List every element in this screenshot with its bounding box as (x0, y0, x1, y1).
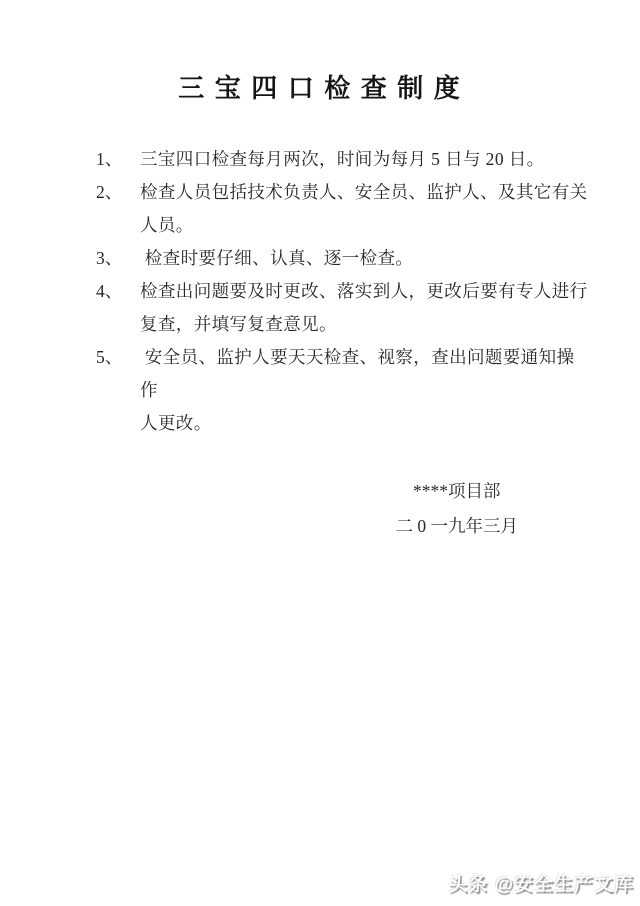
item-number: 4、 (96, 275, 140, 341)
signature-block: ****项目部 二 0 一九年三月 (396, 474, 519, 544)
item-line: 检查人员包括技术负责人、安全员、监护人、及其它有关 (140, 176, 590, 209)
item-number: 1、 (96, 143, 140, 176)
toutiao-watermark: 头条 @安全生产文库 (448, 869, 634, 896)
document-page: 三 宝 四 口 检 查 制 度 1、 三宝四口检查每月两次，时间为每月 5 日与… (0, 0, 640, 906)
list-item: 3、 检查时要仔细、认真、逐一检查。 (96, 242, 590, 275)
item-line: 人员。 (140, 209, 590, 242)
item-text: 检查人员包括技术负责人、安全员、监护人、及其它有关 人员。 (140, 176, 590, 242)
item-line: 三宝四口检查每月两次，时间为每月 5 日与 20 日。 (140, 143, 590, 176)
list-item: 5、 安全员、监护人要天天检查、视察，查出问题要通知操作 人更改。 (96, 341, 590, 440)
item-text: 检查时要仔细、认真、逐一检查。 (140, 242, 590, 275)
item-number: 3、 (96, 242, 140, 275)
list-item: 1、 三宝四口检查每月两次，时间为每月 5 日与 20 日。 (96, 143, 590, 176)
item-number: 5、 (96, 341, 140, 440)
signature-date: 二 0 一九年三月 (396, 509, 519, 544)
item-text: 安全员、监护人要天天检查、视察，查出问题要通知操作 人更改。 (140, 341, 590, 440)
item-line: 检查出问题要及时更改、落实到人，更改后要有专人进行 (140, 275, 590, 308)
item-line: 安全员、监护人要天天检查、视察，查出问题要通知操作 (140, 341, 590, 407)
list-item: 4、 检查出问题要及时更改、落实到人，更改后要有专人进行 复查，并填写复查意见。 (96, 275, 590, 341)
item-number: 2、 (96, 176, 140, 242)
item-text: 检查出问题要及时更改、落实到人，更改后要有专人进行 复查，并填写复查意见。 (140, 275, 590, 341)
item-text: 三宝四口检查每月两次，时间为每月 5 日与 20 日。 (140, 143, 590, 176)
item-line: 人更改。 (140, 407, 590, 440)
signature-org: ****项目部 (396, 474, 519, 509)
rule-list: 1、 三宝四口检查每月两次，时间为每月 5 日与 20 日。 2、 检查人员包括… (96, 143, 590, 440)
list-item: 2、 检查人员包括技术负责人、安全员、监护人、及其它有关 人员。 (96, 176, 590, 242)
item-line: 复查，并填写复查意见。 (140, 308, 590, 341)
document-title: 三 宝 四 口 检 查 制 度 (0, 0, 640, 104)
item-line: 检查时要仔细、认真、逐一检查。 (140, 242, 590, 275)
